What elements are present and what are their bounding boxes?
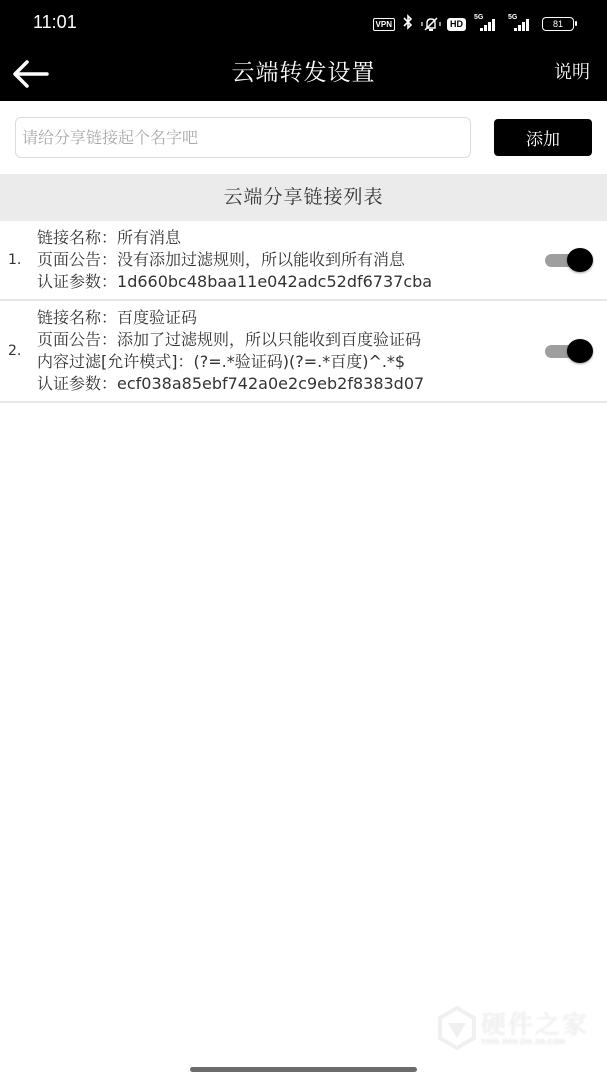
add-button[interactable]: 添加: [494, 119, 592, 156]
signal-5g-icon: 5G: [508, 17, 534, 31]
page-notice-row: 页面公告：没有添加过滤规则，所以能收到所有消息: [37, 249, 607, 271]
auth-param-row: 认证参数：ecf038a85ebf742a0e2c9eb2f8383d07: [37, 373, 607, 395]
battery-icon: 81: [542, 17, 574, 31]
status-bar: 11:01 VPN HD 5G 5G 81: [0, 0, 607, 48]
auth-param-label: 认证参数：: [37, 374, 117, 393]
item-index: 1.: [8, 252, 21, 268]
hd-icon: HD: [447, 18, 466, 31]
auth-param-value: ecf038a85ebf742a0e2c9eb2f8383d07: [117, 374, 424, 393]
list-item[interactable]: 1. 链接名称：所有消息 页面公告：没有添加过滤规则，所以能收到所有消息 认证参…: [0, 221, 607, 301]
link-name-label: 链接名称：: [37, 228, 117, 247]
signal-5g-icon: 5G: [474, 17, 500, 31]
page-title: 云端转发设置: [0, 56, 607, 90]
link-name-row: 链接名称：百度验证码: [37, 307, 607, 329]
content-filter-row: 内容过滤[允许模式]：(?=.*验证码)(?=.*百度)^.*$: [37, 351, 607, 373]
auth-param-label: 认证参数：: [37, 272, 117, 291]
link-name-row: 链接名称：所有消息: [37, 227, 607, 249]
content-filter-label: 内容过滤[允许模式]：: [37, 352, 194, 371]
page-notice-row: 页面公告：添加了过滤规则，所以只能收到百度验证码: [37, 329, 607, 351]
bluetooth-icon: [403, 14, 413, 34]
home-indicator[interactable]: [190, 1067, 417, 1072]
toggle-thumb: [567, 248, 593, 272]
enable-toggle[interactable]: [545, 248, 593, 272]
link-name-label: 链接名称：: [37, 308, 117, 327]
watermark-text: 硬件之家: [481, 1011, 589, 1039]
list-header: 云端分享链接列表: [0, 174, 607, 221]
list-item[interactable]: 2. 链接名称：百度验证码 页面公告：添加了过滤规则，所以只能收到百度验证码 内…: [0, 301, 607, 403]
item-index: 2.: [8, 343, 21, 359]
share-link-list: 1. 链接名称：所有消息 页面公告：没有添加过滤规则，所以能收到所有消息 认证参…: [0, 221, 607, 403]
add-link-form: 添加: [0, 101, 607, 174]
link-name-input[interactable]: [15, 117, 471, 158]
link-name-value: 所有消息: [117, 228, 181, 247]
auth-param-row: 认证参数：1d660bc48baa11e042adc52df6737cba: [37, 271, 607, 293]
app-bar: 云端转发设置 说明: [0, 48, 607, 101]
page-notice-label: 页面公告：: [37, 330, 117, 349]
watermark-logo-icon: [437, 1006, 477, 1050]
auth-param-value: 1d660bc48baa11e042adc52df6737cba: [117, 272, 432, 291]
status-icons: VPN HD 5G 5G 81: [373, 14, 574, 34]
mute-icon: [421, 16, 439, 32]
watermark-subtext: YING JIAN ZHI JIA.COM: [481, 1039, 589, 1046]
page-notice-value: 添加了过滤规则，所以只能收到百度验证码: [117, 330, 421, 349]
watermark: 硬件之家 YING JIAN ZHI JIA.COM: [437, 1006, 589, 1050]
link-name-value: 百度验证码: [117, 308, 197, 327]
help-button[interactable]: 说明: [554, 60, 590, 86]
page-notice-label: 页面公告：: [37, 250, 117, 269]
page-notice-value: 没有添加过滤规则，所以能收到所有消息: [117, 250, 405, 269]
content-filter-value: (?=.*验证码)(?=.*百度)^.*$: [194, 352, 406, 371]
enable-toggle[interactable]: [545, 339, 593, 363]
vpn-icon: VPN: [373, 18, 395, 31]
toggle-thumb: [567, 339, 593, 363]
status-time: 11:01: [33, 12, 77, 33]
